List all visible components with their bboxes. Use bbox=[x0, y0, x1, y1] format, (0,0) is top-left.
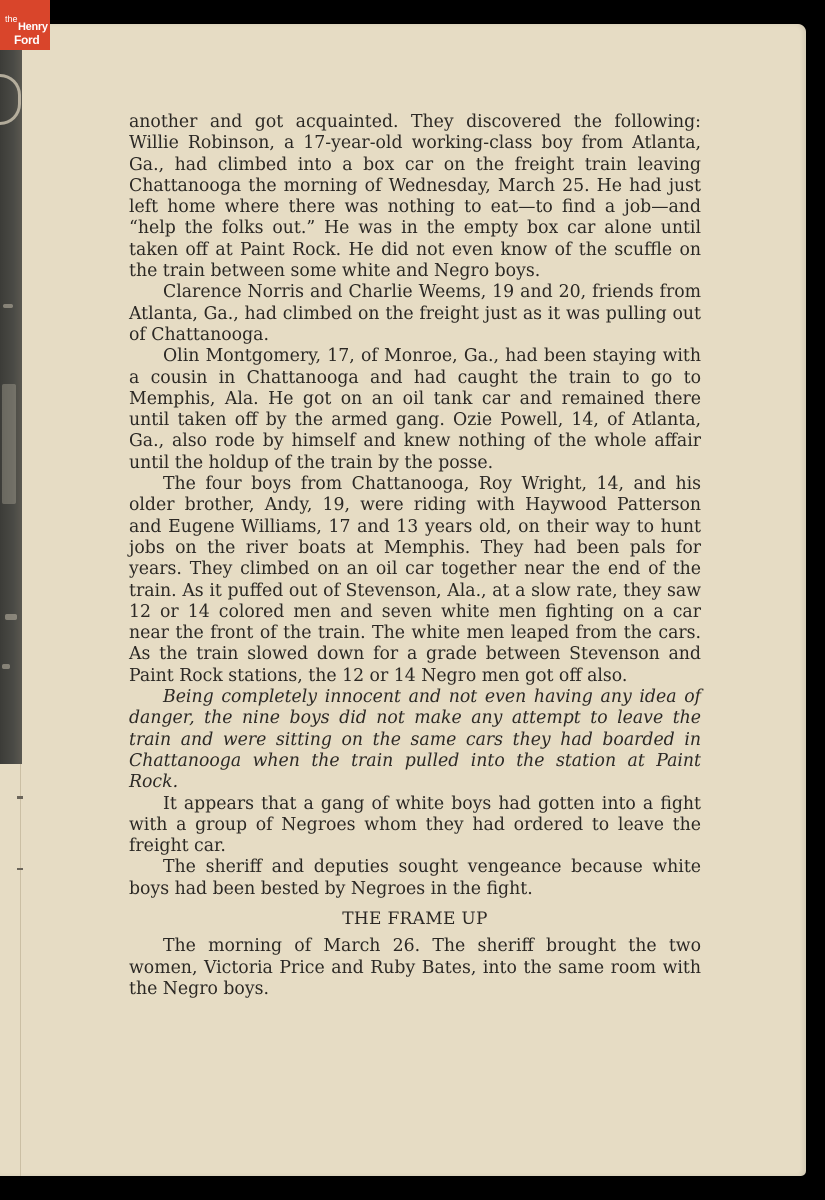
page-fold-line bbox=[20, 764, 21, 1176]
paragraph: Olin Montgomery, 17, of Monroe, Ga., had… bbox=[129, 346, 701, 474]
henry-ford-logo: the Henry Ford bbox=[0, 0, 50, 50]
paragraph: It appears that a gang of white boys had… bbox=[129, 794, 701, 858]
paragraph: The sheriff and deputies sought vengeanc… bbox=[129, 857, 701, 900]
paragraph: The four boys from Chattanooga, Roy Wrig… bbox=[129, 474, 701, 687]
paragraph: The morning of March 26. The sheriff bro… bbox=[129, 936, 701, 1000]
body-text: another and got acquainted. They discove… bbox=[129, 112, 701, 1000]
paragraph-continued: another and got acquainted. They discove… bbox=[129, 112, 701, 282]
margin-mark bbox=[17, 796, 23, 799]
paragraph-italic: Being completely innocent and not even h… bbox=[129, 687, 701, 793]
section-heading: THE FRAME UP bbox=[129, 909, 701, 930]
logo-ford: Ford bbox=[14, 33, 39, 47]
margin-mark bbox=[17, 868, 23, 870]
paragraph: Clarence Norris and Charlie Weems, 19 an… bbox=[129, 282, 701, 346]
logo-the: the bbox=[5, 14, 18, 24]
adjacent-page-edge bbox=[0, 24, 22, 764]
logo-henry: Henry bbox=[18, 21, 48, 33]
